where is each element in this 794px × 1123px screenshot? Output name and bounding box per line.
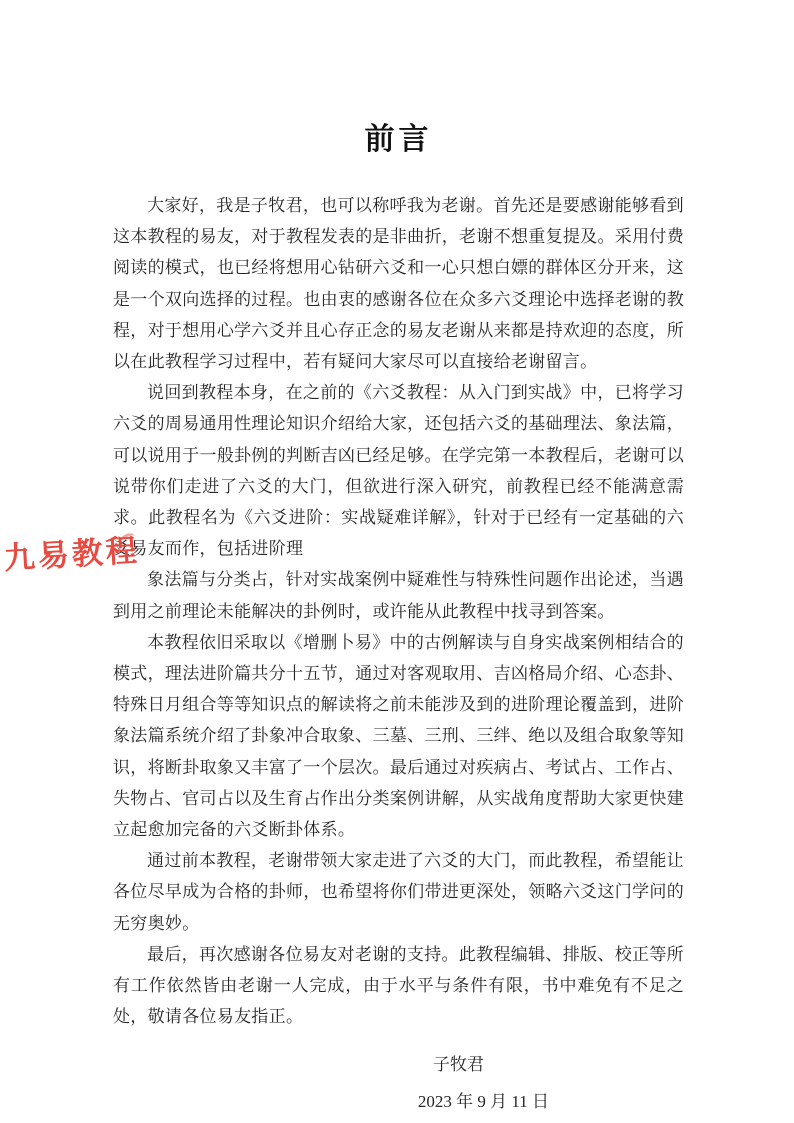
paragraph-course-structure: 本教程依旧采取以《增删卜易》中的古例解读与自身实战案例相结合的模式，理法进阶篇共…	[113, 627, 684, 845]
paragraph-advanced-topics: 象法篇与分类占，针对实战案例中疑难性与特殊性问题作出论述，当遇到用之前理论未能解…	[113, 564, 684, 626]
preface-page: 九易教程 前言 大家好，我是子牧君，也可以称呼我为老谢。首先还是要感谢能够看到这…	[0, 0, 794, 1123]
date: 2023 年 9 月 11 日	[113, 1086, 684, 1117]
signature: 子牧君	[113, 1049, 684, 1080]
paragraph-thanks: 最后，再次感谢各位易友对老谢的支持。此教程编辑、排版、校正等所有工作依然皆由老谢…	[113, 939, 684, 1033]
paragraph-hopes: 通过前本教程，老谢带领大家走进了六爻的大门，而此教程，希望能让各位尽早成为合格的…	[113, 845, 684, 939]
page-title: 前言	[113, 123, 684, 157]
paragraph-previous-course: 说回到教程本身，在之前的《六爻教程：从入门到实战》中，已将学习六爻的周易通用性理…	[113, 377, 684, 564]
paragraph-greeting: 大家好，我是子牧君，也可以称呼我为老谢。首先还是要感谢能够看到这本教程的易友，对…	[113, 190, 684, 377]
